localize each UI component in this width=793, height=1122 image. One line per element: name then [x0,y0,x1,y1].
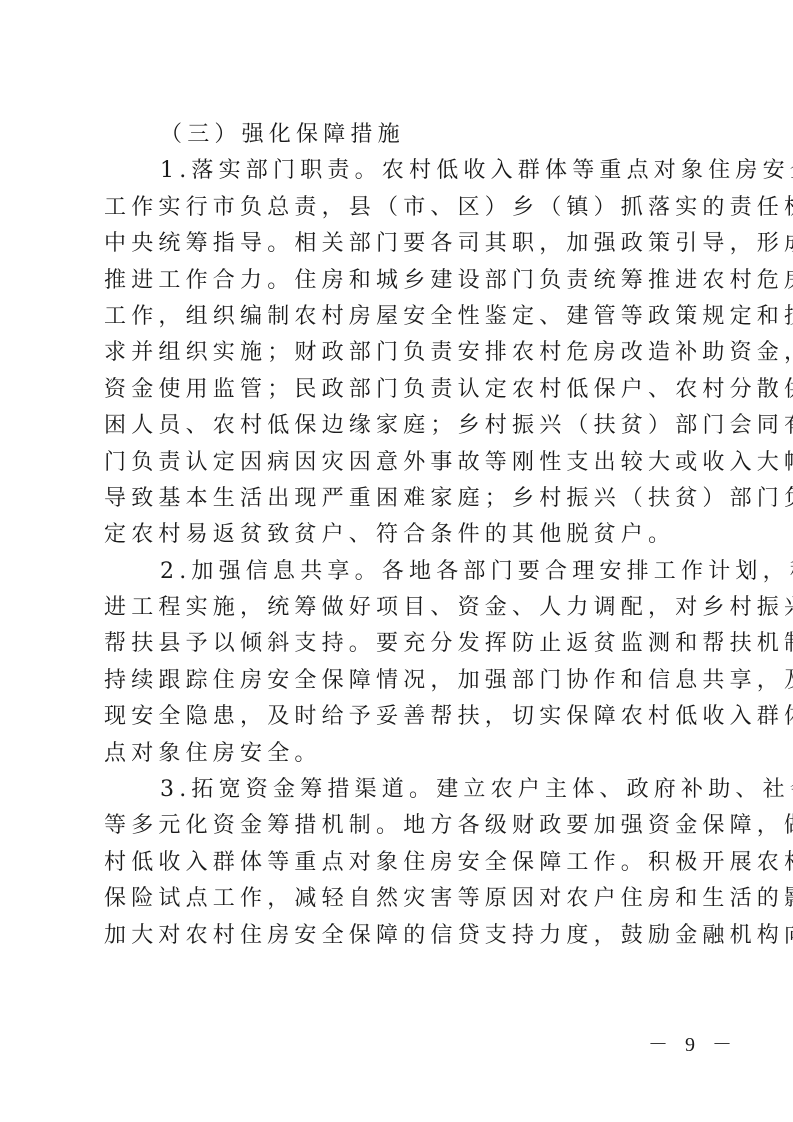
section-heading: （三）强化保障措施 [104,117,694,153]
text-line: 保险试点工作，减轻自然灾害等原因对农户住房和生活的影响。 [104,881,694,917]
text-line: 求并组织实施；财政部门负责安排农村危房改造补助资金，加强 [104,335,694,371]
text-line: 1.落实部门职责。农村低收入群体等重点对象住房安全保障 [104,153,694,189]
text-line: 持续跟踪住房安全保障情况，加强部门协作和信息共享，及时发 [104,663,694,699]
paragraph-3: 3.拓宽资金筹措渠道。建立农户主体、政府补助、社会帮扶 等多元化资金筹措机制。地… [104,772,694,954]
text-line: 2.加强信息共享。各地各部门要合理安排工作计划，积极推 [104,554,694,590]
text-line: 推进工作合力。住房和城乡建设部门负责统筹推进农村危房改造 [104,263,694,299]
text-line: 困人员、农村低保边缘家庭；乡村振兴（扶贫）部门会同有关部 [104,408,694,444]
text-line: 中央统筹指导。相关部门要各司其职，加强政策引导，形成协同 [104,226,694,262]
text-line: 3.拓宽资金筹措渠道。建立农户主体、政府补助、社会帮扶 [104,772,694,808]
text-line: 帮扶县予以倾斜支持。要充分发挥防止返贫监测和帮扶机制作用， [104,626,694,662]
text-line: 定农村易返贫致贫户、符合条件的其他脱贫户。 [104,517,694,553]
paragraph-2: 2.加强信息共享。各地各部门要合理安排工作计划，积极推 进工程实施，统筹做好项目… [104,554,694,772]
text-line: 资金使用监管；民政部门负责认定农村低保户、农村分散供养特 [104,372,694,408]
text-line: 工作实行市负总责，县（市、区）乡（镇）抓落实的责任机制， [104,190,694,226]
text-line: 导致基本生活出现严重困难家庭；乡村振兴（扶贫）部门负责认 [104,481,694,517]
text-line: 等多元化资金筹措机制。地方各级财政要加强资金保障，做好农 [104,808,694,844]
page-number: － 9 － [648,1028,738,1057]
text-line: 村低收入群体等重点对象住房安全保障工作。积极开展农村住房 [104,845,694,881]
document-body: （三）强化保障措施 1.落实部门职责。农村低收入群体等重点对象住房安全保障 工作… [104,117,694,954]
document-page: （三）强化保障措施 1.落实部门职责。农村低收入群体等重点对象住房安全保障 工作… [0,0,793,1122]
text-line: 点对象住房安全。 [104,736,694,772]
text-line: 现安全隐患，及时给予妥善帮扶，切实保障农村低收入群体等重 [104,699,694,735]
text-line: 进工程实施，统筹做好项目、资金、人力调配，对乡村振兴重点 [104,590,694,626]
paragraph-1: 1.落实部门职责。农村低收入群体等重点对象住房安全保障 工作实行市负总责，县（市… [104,153,694,553]
text-line: 工作，组织编制农村房屋安全性鉴定、建管等政策规定和技术要 [104,299,694,335]
text-line: 加大对农村住房安全保障的信贷支持力度，鼓励金融机构向获得 [104,918,694,954]
text-line: 门负责认定因病因灾因意外事故等刚性支出较大或收入大幅缩减 [104,445,694,481]
